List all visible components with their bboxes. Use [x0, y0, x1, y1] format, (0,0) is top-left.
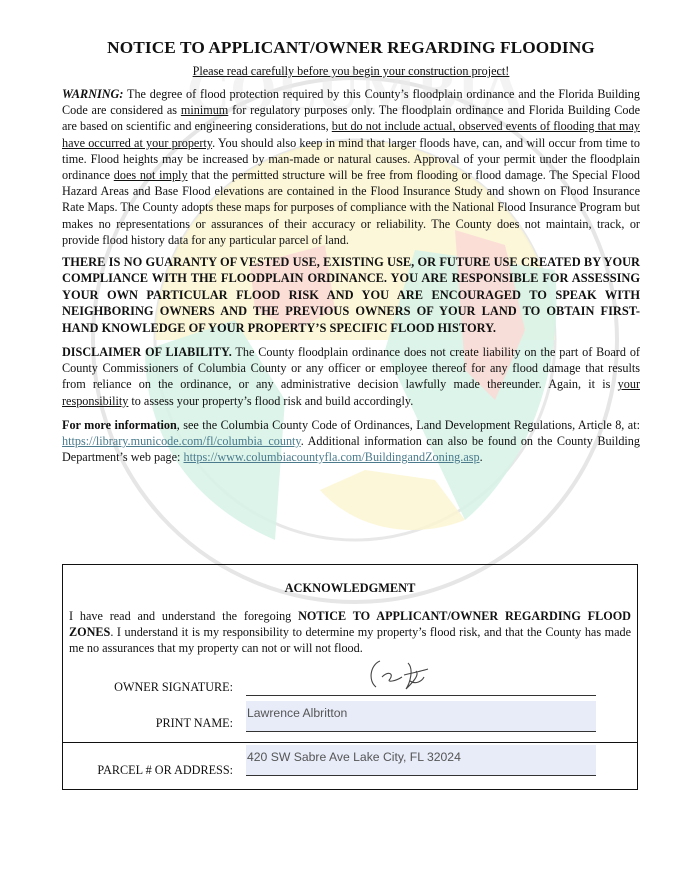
- acknowledgment-text-part: . I understand it is my responsibility t…: [69, 625, 631, 655]
- more-info-label: For more information: [62, 418, 177, 432]
- more-info-text: .: [480, 450, 483, 464]
- acknowledgment-divider: [63, 742, 637, 743]
- disclaimer-paragraph: DISCLAIMER OF LIABILITY. The County floo…: [62, 344, 640, 409]
- signature-icon: [366, 655, 446, 695]
- more-info-text: , see the Columbia County Code of Ordina…: [177, 418, 640, 432]
- guaranty-paragraph: THERE IS NO GUARANTY OF VESTED USE, EXIS…: [62, 254, 640, 336]
- parcel-field[interactable]: 420 SW Sabre Ave Lake City, FL 32024: [246, 745, 596, 776]
- warning-paragraph: WARNING: The degree of flood protection …: [62, 86, 640, 248]
- disclaimer-label: DISCLAIMER OF LIABILITY.: [62, 345, 232, 359]
- municode-link[interactable]: https://library.municode.com/fl/columbia…: [62, 434, 301, 448]
- signature-label: OWNER SIGNATURE:: [63, 680, 233, 695]
- acknowledgment-title: ACKNOWLEDGMENT: [63, 581, 637, 596]
- document-title: NOTICE TO APPLICANT/OWNER REGARDING FLOO…: [62, 38, 640, 58]
- acknowledgment-text-part: I have read and understand the foregoing: [69, 609, 298, 623]
- acknowledgment-box: ACKNOWLEDGMENT I have read and understan…: [62, 564, 638, 790]
- print-name-label: PRINT NAME:: [63, 716, 233, 731]
- print-name-value: Lawrence Albritton: [247, 706, 347, 720]
- parcel-label: PARCEL # OR ADDRESS:: [63, 763, 233, 778]
- print-name-field[interactable]: Lawrence Albritton: [246, 701, 596, 732]
- disclaimer-text: to assess your property’s flood risk and…: [128, 394, 413, 408]
- parcel-value: 420 SW Sabre Ave Lake City, FL 32024: [247, 750, 461, 764]
- document-subtitle: Please read carefully before you begin y…: [62, 64, 640, 79]
- notice-document: NOTICE TO APPLICANT/OWNER REGARDING FLOO…: [62, 38, 640, 465]
- signature-field[interactable]: [246, 667, 596, 696]
- more-info-paragraph: For more information, see the Columbia C…: [62, 417, 640, 466]
- warning-label: WARNING:: [62, 87, 123, 101]
- acknowledgment-text: I have read and understand the foregoing…: [69, 608, 631, 656]
- warning-emphasis: does not imply: [114, 168, 188, 182]
- building-zoning-link[interactable]: https://www.columbiacountyfla.com/Buildi…: [184, 450, 480, 464]
- warning-emphasis: minimum: [181, 103, 228, 117]
